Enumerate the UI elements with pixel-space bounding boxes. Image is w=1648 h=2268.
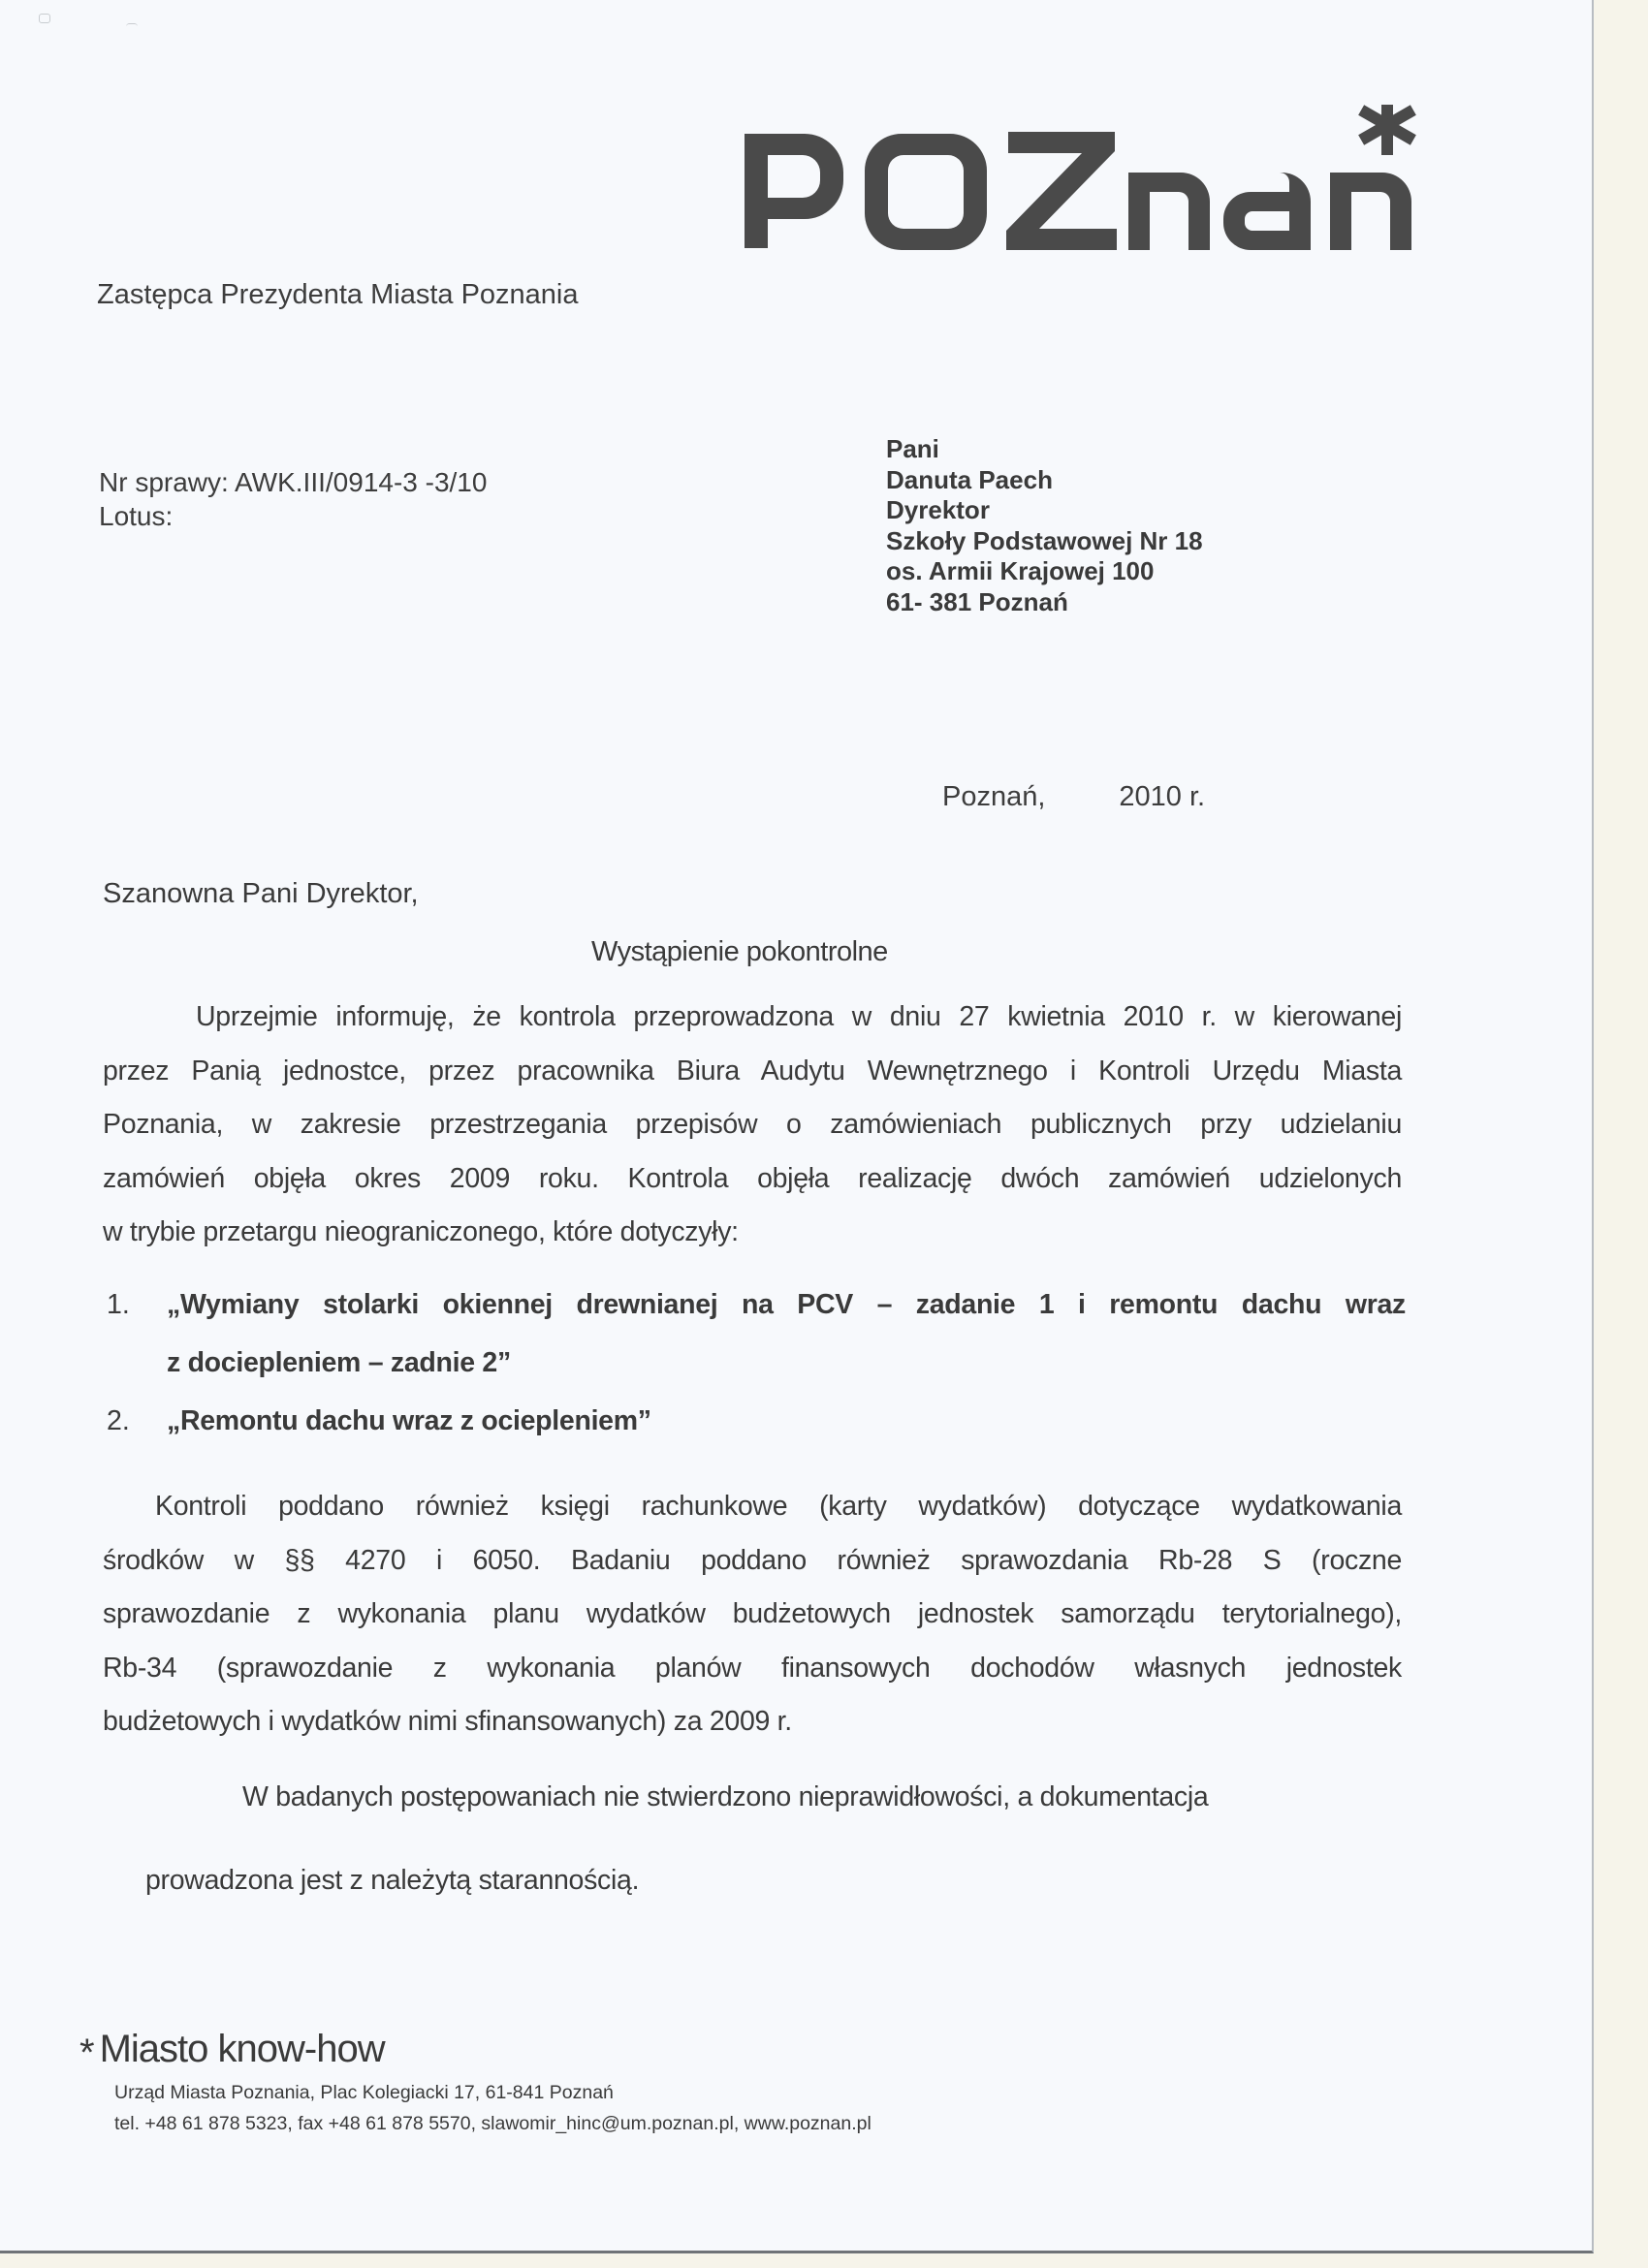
place-date: Poznań,2010 r. xyxy=(942,781,1205,813)
list-item: 2. „Remontu dachu wraz z ociepleniem” xyxy=(107,1392,1406,1450)
recipient-line: Szkoły Podstawowej Nr 18 xyxy=(886,526,1203,557)
recipient-address: Pani Danuta Paech Dyrektor Szkoły Podsta… xyxy=(886,434,1203,617)
poznan-logo-icon xyxy=(739,105,1417,250)
paragraph-line: Rb-34 (sprawozdanie z wykonania planów f… xyxy=(103,1642,1402,1696)
footer-slogan: *Miasto know-how xyxy=(79,2028,385,2071)
paragraph-line: budżetowych i wydatków nimi sfinansowany… xyxy=(103,1695,1402,1749)
paragraph-line: środków w §§ 4270 i 6050. Badaniu poddan… xyxy=(103,1534,1402,1589)
paragraph-3-line-2: prowadzona jest z należytą starannością. xyxy=(145,1865,639,1897)
paragraph-line: zamówień objęła okres 2009 roku. Kontrol… xyxy=(103,1152,1402,1207)
list-number: 2. xyxy=(107,1392,130,1450)
scan-artifact xyxy=(126,23,138,30)
orders-list: 1. „Wymiany stolarki okiennej drewnianej… xyxy=(107,1276,1406,1450)
slogan-text: Miasto know-how xyxy=(100,2028,385,2070)
case-number-label: Nr sprawy: xyxy=(99,467,229,497)
list-item-text: „Remontu dachu wraz z ociepleniem” xyxy=(167,1392,1406,1450)
recipient-line: Dyrektor xyxy=(886,495,1203,526)
letter-page: Zastępca Prezydenta Miasta Poznania Nr s… xyxy=(0,0,1594,2253)
paragraph-line: przez Panią jednostce, przez pracownika … xyxy=(103,1045,1402,1099)
paragraph-2: Kontroli poddano również księgi rachunko… xyxy=(103,1480,1402,1749)
paragraph-line: Uprzejmie informuję, że kontrola przepro… xyxy=(103,991,1402,1045)
lotus-label: Lotus: xyxy=(99,499,487,533)
list-number: 1. xyxy=(107,1276,130,1334)
case-number-line: Nr sprawy: AWK.III/0914-3 -3/10 xyxy=(99,465,487,499)
list-item-text: „Wymiany stolarki okiennej drewnianej na… xyxy=(167,1276,1406,1392)
case-number-value: AWK.III/0914-3 -3/10 xyxy=(235,467,487,497)
letter-title: Wystąpienie pokontrolne xyxy=(591,936,888,968)
recipient-name: Danuta Paech xyxy=(886,465,1203,496)
recipient-line: os. Armii Krajowej 100 xyxy=(886,556,1203,587)
recipient-line: Pani xyxy=(886,434,1203,465)
paragraph-1: Uprzejmie informuję, że kontrola przepro… xyxy=(103,991,1402,1260)
paragraph-line: Poznania, w zakresie przestrzegania prze… xyxy=(103,1098,1402,1152)
footer-contact: tel. +48 61 878 5323, fax +48 61 878 557… xyxy=(114,2113,872,2135)
salutation: Szanowna Pani Dyrektor, xyxy=(103,878,419,910)
list-item: 1. „Wymiany stolarki okiennej drewnianej… xyxy=(107,1276,1406,1392)
paragraph-line: sprawozdanie z wykonania planu wydatków … xyxy=(103,1588,1402,1642)
date: 2010 r. xyxy=(1119,781,1205,812)
footer-address: Urząd Miasta Poznania, Plac Kolegiacki 1… xyxy=(114,2082,614,2104)
recipient-line: 61- 381 Poznań xyxy=(886,587,1203,618)
paragraph-line: Kontroli poddano również księgi rachunko… xyxy=(103,1480,1402,1534)
paragraph-3-line-1: W badanych postępowaniach nie stwierdzon… xyxy=(242,1781,1208,1813)
scan-artifact xyxy=(39,14,50,23)
paragraph-line: w trybie przetargu nieograniczonego, któ… xyxy=(103,1206,1402,1260)
case-reference: Nr sprawy: AWK.III/0914-3 -3/10 Lotus: xyxy=(99,465,487,533)
sender-title: Zastępca Prezydenta Miasta Poznania xyxy=(97,279,579,311)
poznan-logo xyxy=(739,105,1417,250)
asterisk-icon: * xyxy=(79,2032,94,2074)
place: Poznań, xyxy=(942,781,1045,812)
